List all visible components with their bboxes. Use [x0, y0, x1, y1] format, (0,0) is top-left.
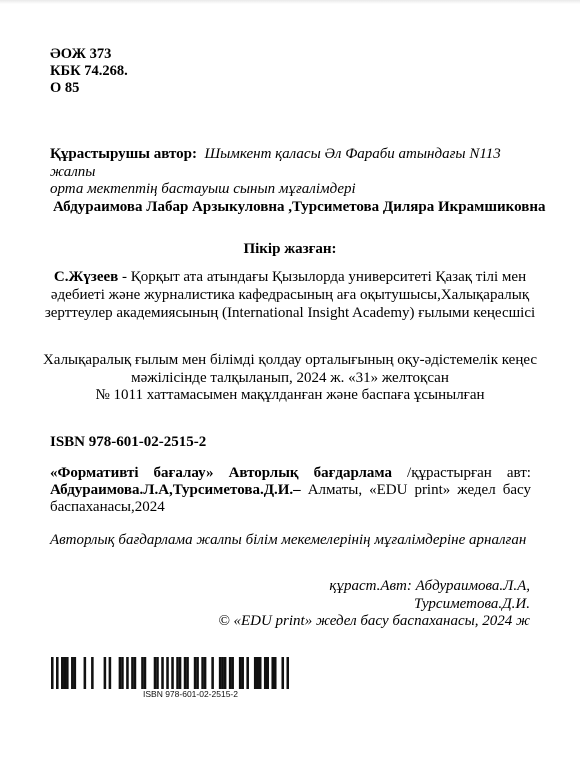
biblio-word: Авторлық	[229, 465, 299, 482]
barcode-caption: ISBN 978-601-02-2515-2	[143, 689, 238, 699]
copyright-compiler: құраст.Авт: Абдураимова.Л.А,	[200, 578, 530, 596]
biblio-word: жедел	[457, 482, 495, 499]
approval-block: Халықаралық ғылым мен білімді қолдау орт…	[30, 352, 550, 405]
compiler-names: Абдураимова Лабар Арзыкуловна ,Турсимето…	[50, 199, 538, 217]
copyright-publisher: © «EDU print» жедел басу баспаханасы, 20…	[200, 613, 530, 631]
author-mark: О 85	[50, 80, 128, 97]
reviewer-desc-1: - Қорқыт ата атындағы Қызылорда универси…	[118, 269, 526, 285]
copyright-block: құраст.Авт: Абдураимова.Л.А, Турсиметова…	[200, 578, 530, 631]
reviewer-desc-3: зерттеулер академиясының (International …	[30, 304, 550, 322]
biblio-word: бағалау»	[154, 465, 214, 482]
review-heading: Пікір жазған:	[0, 240, 580, 258]
biblio-line-3: баспаханасы,2024	[50, 499, 531, 516]
compiler-line1: Құрастырушы автор: Шымкент қаласы Әл Фар…	[50, 146, 538, 181]
isbn-barcode: ISBN 978-601-02-2515-2	[51, 657, 289, 702]
biblio-line-1: «Формативтібағалау»Авторлықбағдарлама/құ…	[50, 465, 531, 482]
biblio-word: Алматы,	[308, 482, 362, 499]
biblio-line-2: Абдураимова.Л.А,Турсиметова.Д.И.–Алматы,…	[50, 482, 531, 499]
reviewer-line1: С.Жүзеев - Қорқыт ата атындағы Қызылорда…	[30, 268, 550, 286]
biblio-word: авт:	[507, 465, 531, 482]
reviewer-desc-2: әдебиеті және журналистика кафедрасының …	[30, 286, 550, 304]
approval-line1: Халықаралық ғылым мен білімді қолдау орт…	[30, 352, 550, 370]
biblio-word: Абдураимова.Л.А,Турсиметова.Д.И.–	[50, 482, 301, 499]
compiler-label: Құрастырушы автор:	[50, 146, 197, 162]
compiler-block: Құрастырушы автор: Шымкент қаласы Әл Фар…	[50, 146, 538, 216]
isbn-line: ISBN 978-601-02-2515-2	[50, 433, 206, 451]
biblio-word: «Формативті	[50, 465, 139, 482]
lbc-code: КБК 74.268.	[50, 63, 128, 80]
reviewer-name: С.Жүзеев	[54, 269, 118, 285]
classification-block: ӘОЖ 373 КБК 74.268. О 85	[50, 46, 128, 97]
biblio-word: «EDU	[369, 482, 407, 499]
barcode-bars	[51, 657, 289, 689]
biblio-word: print»	[414, 482, 450, 499]
udc-code: ӘОЖ 373	[50, 46, 128, 63]
reviewer-block: С.Жүзеев - Қорқыт ата атындағы Қызылорда…	[30, 268, 550, 322]
biblio-word: бағдарлама	[314, 465, 392, 482]
copyright-compiler-2: Турсиметова.Д.И.	[200, 596, 530, 614]
page-top-shadow	[0, 0, 580, 4]
approval-line2: мәжілісінде талқыланып, 2024 ж. «31» жел…	[30, 370, 550, 388]
bibliographic-description: «Формативтібағалау»Авторлықбағдарлама/құ…	[50, 465, 531, 516]
dedication-line: Авторлық бағдарлама жалпы білім мекемеле…	[50, 531, 526, 549]
approval-line3: № 1011 хаттамасымен мақұлданған және бас…	[30, 387, 550, 405]
biblio-word: /құрастырған	[407, 465, 492, 482]
compiler-affiliation-2: орта мектептің бастауыш сынып мұғалімдер…	[50, 181, 538, 199]
biblio-word: басу	[503, 482, 531, 499]
